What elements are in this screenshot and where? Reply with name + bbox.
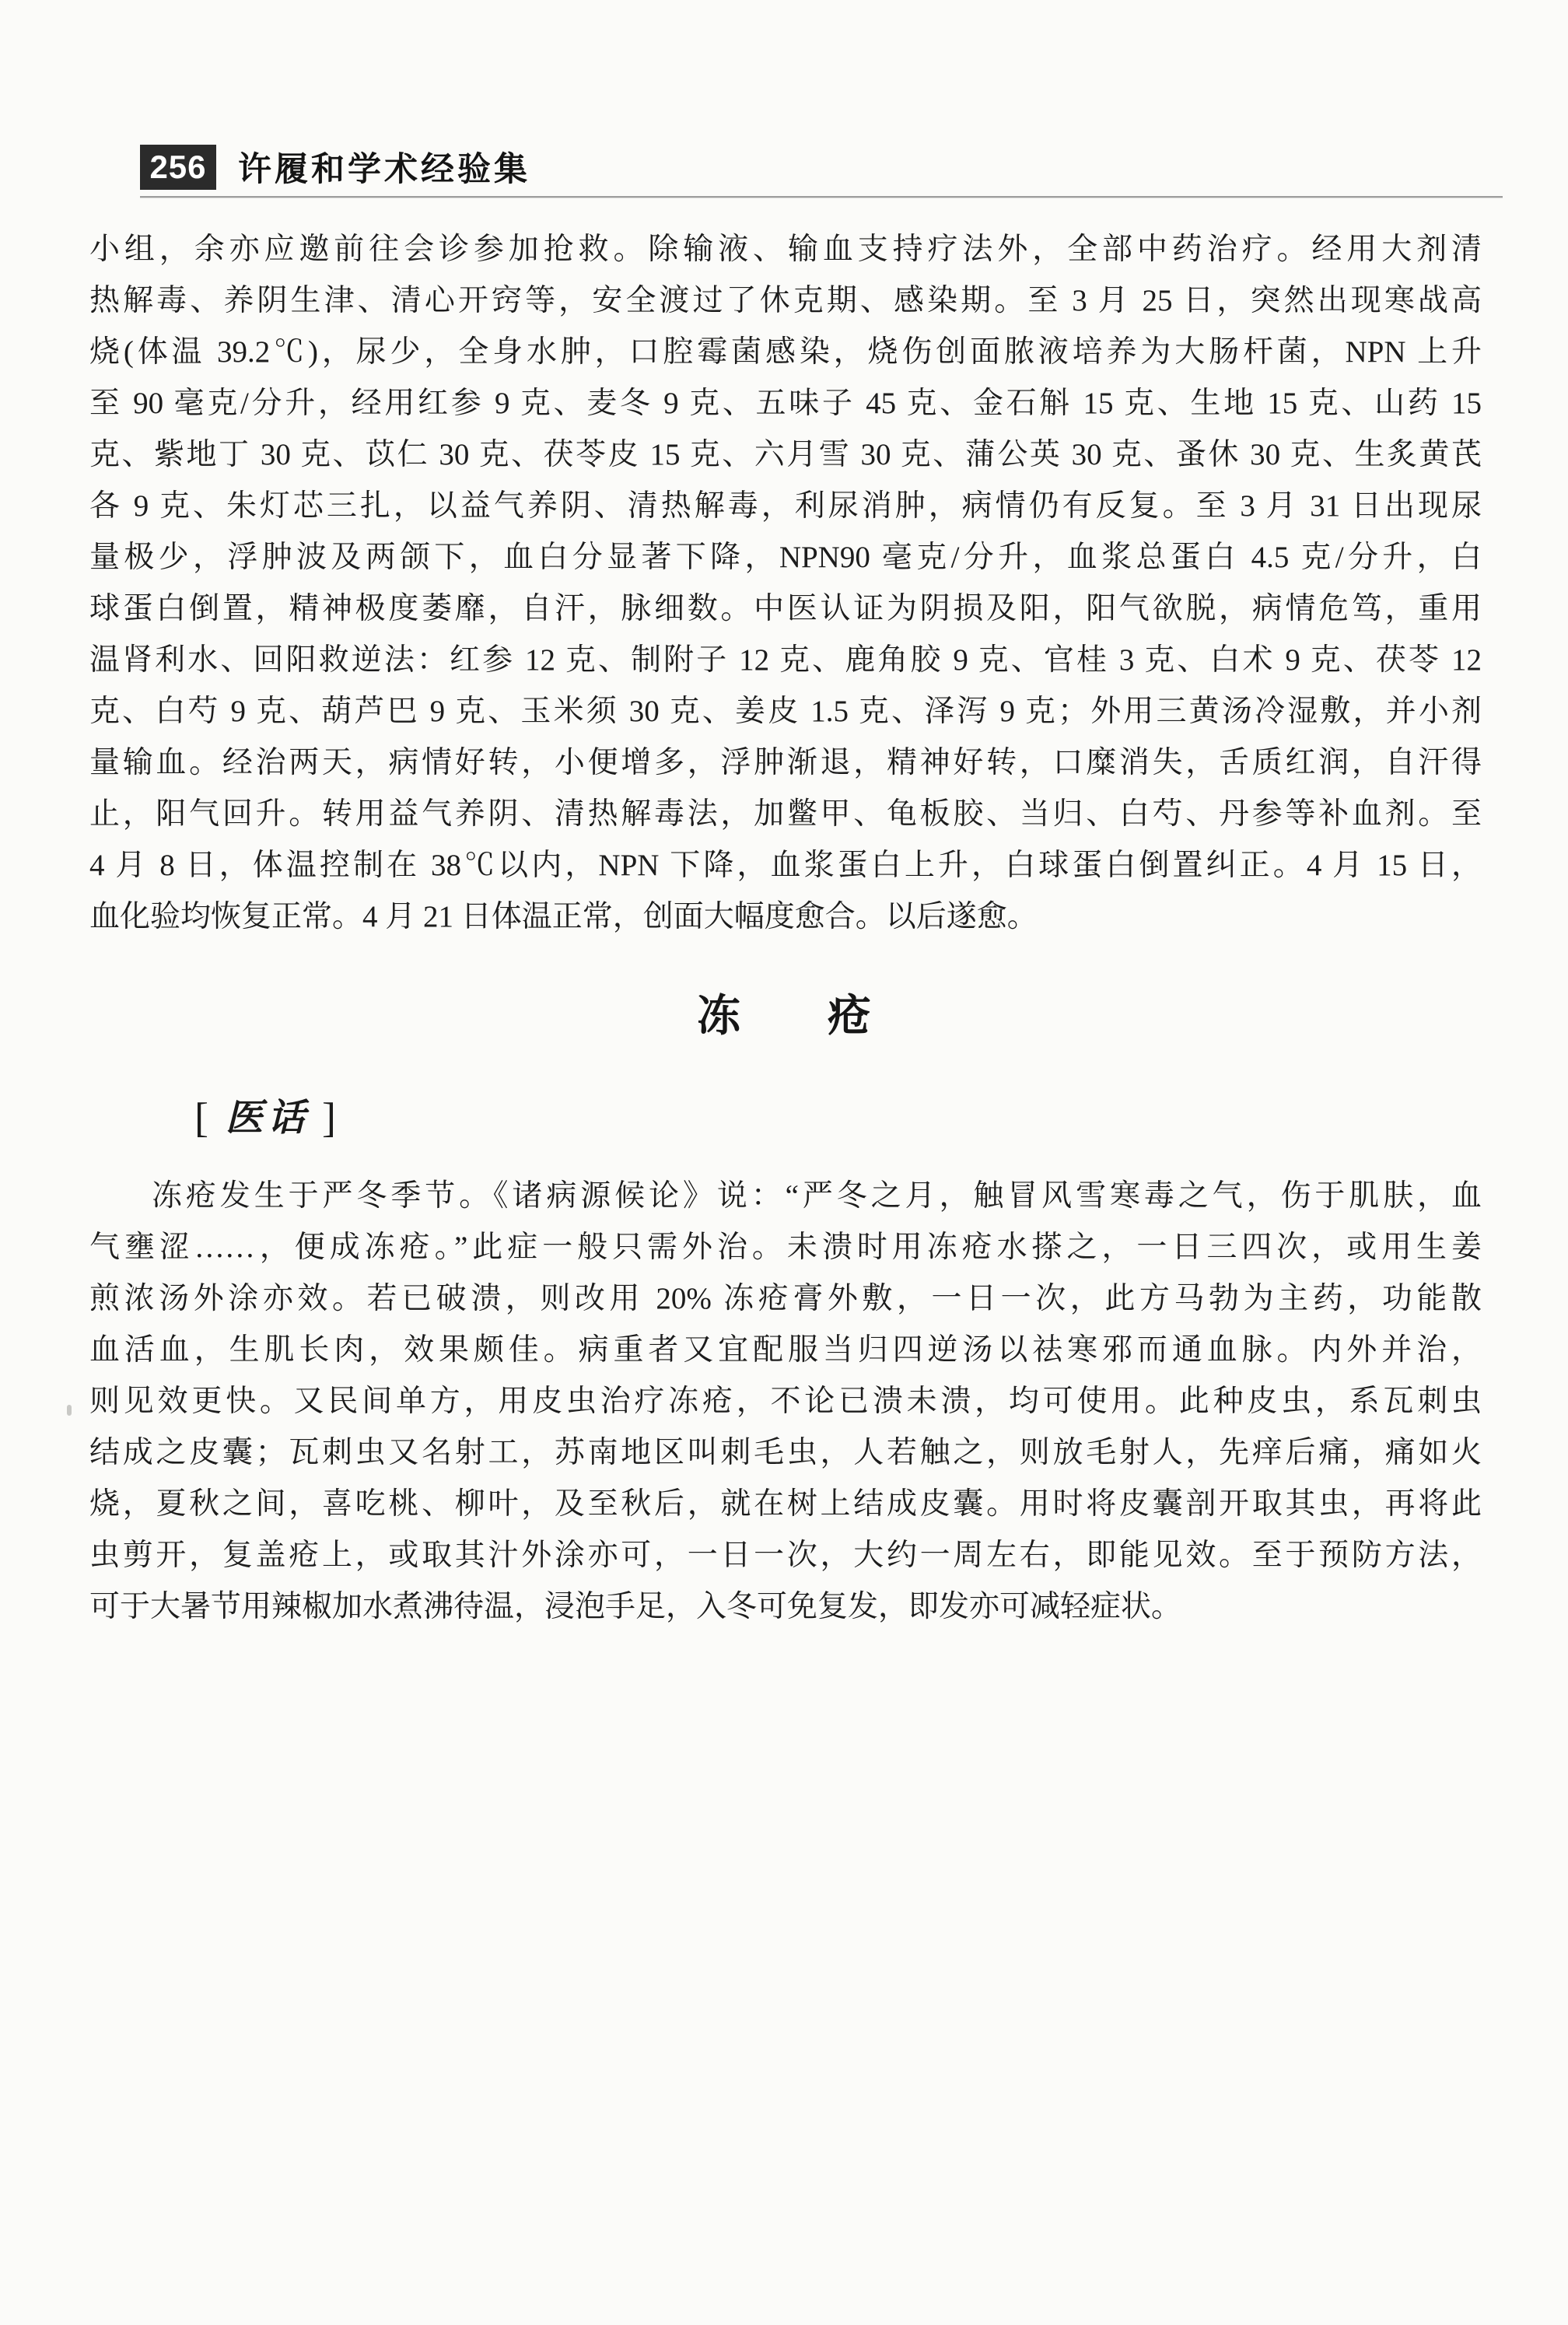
text-line: 结成之皮囊；瓦刺虫又名射工，苏南地区叫刺毛虫，人若触之，则放毛射人，先痒后痛，痛… bbox=[89, 1427, 1482, 1479]
text-line: 血化验均恢复正常。4 月 21 日体温正常，创面大幅度愈合。以后遂愈。 bbox=[89, 891, 1482, 943]
bracket-open: [ bbox=[194, 1094, 213, 1141]
text-line: 克、白芍 9 克、葫芦巴 9 克、玉米须 30 克、姜皮 1.5 克、泽泻 9 … bbox=[89, 686, 1482, 737]
section-title: 冻疮 bbox=[0, 982, 1568, 1044]
book-page: 256 许履和学术经验集 小组，余亦应邀前往会诊参加抢救。除输液、输血支持疗法外… bbox=[0, 0, 1568, 2325]
page-header: 256 许履和学术经验集 bbox=[140, 143, 530, 191]
text-line: 冻疮发生于严冬季节。《诸病源候论》说：“严冬之月，触冒风雪寒毒之气，伤于肌肤，血 bbox=[89, 1171, 1482, 1222]
text-line: 烧(体温 39.2℃)，尿少，全身水肿，口腔霉菌感染，烧伤创面脓液培养为大肠杆菌… bbox=[89, 327, 1482, 378]
text-line: 止，阳气回升。转用益气养阴、清热解毒法，加鳖甲、龟板胶、当归、白芍、丹参等补血剂… bbox=[89, 789, 1482, 840]
text-line: 热解毒、养阴生津、清心开窍等，安全渡过了休克期、感染期。至 3 月 25 日，突… bbox=[89, 275, 1482, 327]
text-line: 各 9 克、朱灯芯三扎，以益气养阴、清热解毒，利尿消肿，病情仍有反复。至 3 月… bbox=[89, 481, 1482, 532]
text-line: 温肾利水、回阳救逆法：红参 12 克、制附子 12 克、鹿角胶 9 克、官桂 3… bbox=[89, 635, 1482, 686]
text-line: 烧，夏秋之间，喜吃桃、柳叶，及至秋后，就在树上结成皮囊。用时将皮囊剖开取其虫，再… bbox=[89, 1479, 1482, 1530]
text-line: 至 90 毫克/分升，经用红参 9 克、麦冬 9 克、五味子 45 克、金石斛 … bbox=[89, 378, 1482, 429]
book-title: 许履和学术经验集 bbox=[238, 143, 530, 191]
text-line: 则见效更快。又民间单方，用皮虫治疗冻疮，不论已溃未溃，均可使用。此种皮虫，系瓦刺… bbox=[89, 1376, 1482, 1427]
text-line: 4 月 8 日，体温控制在 38℃以内，NPN 下降，血浆蛋白上升，白球蛋白倒置… bbox=[89, 840, 1482, 891]
medical-notes-paragraph: 冻疮发生于严冬季节。《诸病源候论》说：“严冬之月，触冒风雪寒毒之气，伤于肌肤，血… bbox=[89, 1171, 1482, 1633]
page-number-badge: 256 bbox=[140, 145, 216, 190]
text-line: 量输血。经治两天，病情好转，小便增多，浮肿渐退，精神好转，口糜消失，舌质红润，自… bbox=[89, 737, 1482, 789]
header-divider bbox=[140, 196, 1503, 198]
subsection-label: [医话] bbox=[194, 1087, 341, 1141]
scan-artifact bbox=[67, 1405, 72, 1416]
text-line: 血活血，生肌长肉，效果颇佳。病重者又宜配服当归四逆汤以祛寒邪而通血脉。内外并治， bbox=[89, 1325, 1482, 1376]
bracket-close: ] bbox=[322, 1094, 341, 1141]
text-line: 小组，余亦应邀前往会诊参加抢救。除输液、输血支持疗法外，全部中药治疗。经用大剂清 bbox=[89, 224, 1482, 275]
text-line: 气壅涩……，便成冻疮。”此症一般只需外治。未溃时用冻疮水搽之，一日三四次，或用生… bbox=[89, 1222, 1482, 1273]
text-line: 煎浓汤外涂亦效。若已破溃，则改用 20% 冻疮膏外敷，一日一次，此方马勃为主药，… bbox=[89, 1273, 1482, 1325]
subsection-label-text: 医话 bbox=[226, 1098, 310, 1139]
text-line: 量极少，浮肿波及两颌下，血白分显著下降，NPN90 毫克/分升，血浆总蛋白 4.… bbox=[89, 532, 1482, 583]
text-line: 球蛋白倒置，精神极度萎靡，自汗，脉细数。中医认证为阴损及阳，阳气欲脱，病情危笃，… bbox=[89, 583, 1482, 635]
text-line: 克、紫地丁 30 克、苡仁 30 克、茯苓皮 15 克、六月雪 30 克、蒲公英… bbox=[89, 429, 1482, 481]
text-line: 虫剪开，复盖疮上，或取其汁外涂亦可，一日一次，大约一周左右，即能见效。至于预防方… bbox=[89, 1530, 1482, 1581]
case-report-paragraph: 小组，余亦应邀前往会诊参加抢救。除输液、输血支持疗法外，全部中药治疗。经用大剂清… bbox=[89, 224, 1482, 943]
text-line: 可于大暑节用辣椒加水煮沸待温，浸泡手足，入冬可免复发，即发亦可减轻症状。 bbox=[89, 1581, 1482, 1633]
